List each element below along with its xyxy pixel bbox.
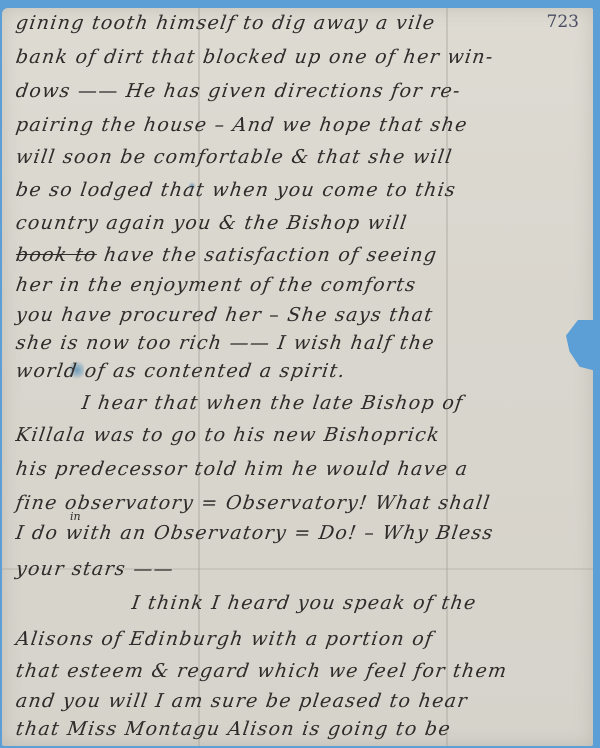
text-line: her in the enjoyment of the comforts <box>14 274 417 296</box>
text-line: gining tooth himself to dig away a vile <box>14 12 436 34</box>
line-text: have the satisfaction of seeing <box>103 244 439 266</box>
text-line: pairing the house – And we hope that she <box>14 114 469 136</box>
text-line: Killala was to go to his new Bishoprick <box>14 424 441 446</box>
text-line: that esteem & regard which we feel for t… <box>14 660 508 682</box>
paragraph-start-line: I think I heard you speak of the <box>130 592 478 614</box>
text-line: will soon be comfortable & that she will <box>14 146 454 168</box>
folio-number: 723 <box>547 12 579 32</box>
text-line: Alisons of Edinburgh with a portion of <box>14 628 435 650</box>
struck-text: book to <box>14 244 98 266</box>
text-line: fine observatory = Observatory! What sha… <box>14 492 492 514</box>
text-line: and you will I am sure be pleased to hea… <box>14 690 469 712</box>
text-line: I do with an Observatory = Do! – Why Ble… <box>14 522 495 544</box>
manuscript-page: 723 gining tooth himself to dig away a v… <box>2 8 593 746</box>
text-line: you have procured her – She says that <box>14 304 434 326</box>
text-line: your stars —— <box>14 558 175 580</box>
text-line: his predecessor told him he would have a <box>14 458 469 480</box>
text-line: she is now too rich —— I wish half the <box>14 332 436 354</box>
text-line: book to have the satisfaction of seeing <box>14 244 438 266</box>
text-line: country again you & the Bishop will <box>14 212 409 234</box>
paragraph-start-line: I hear that when the late Bishop of <box>80 392 465 414</box>
text-line: that Miss Montagu Alison is going to be <box>14 718 452 740</box>
text-line: dows —— He has given directions for re- <box>14 80 462 102</box>
text-line: be so lodged that when you come to this <box>14 179 457 201</box>
text-line: world of as contented a spirit. <box>14 360 347 382</box>
text-line: bank of dirt that blocked up one of her … <box>14 46 495 68</box>
